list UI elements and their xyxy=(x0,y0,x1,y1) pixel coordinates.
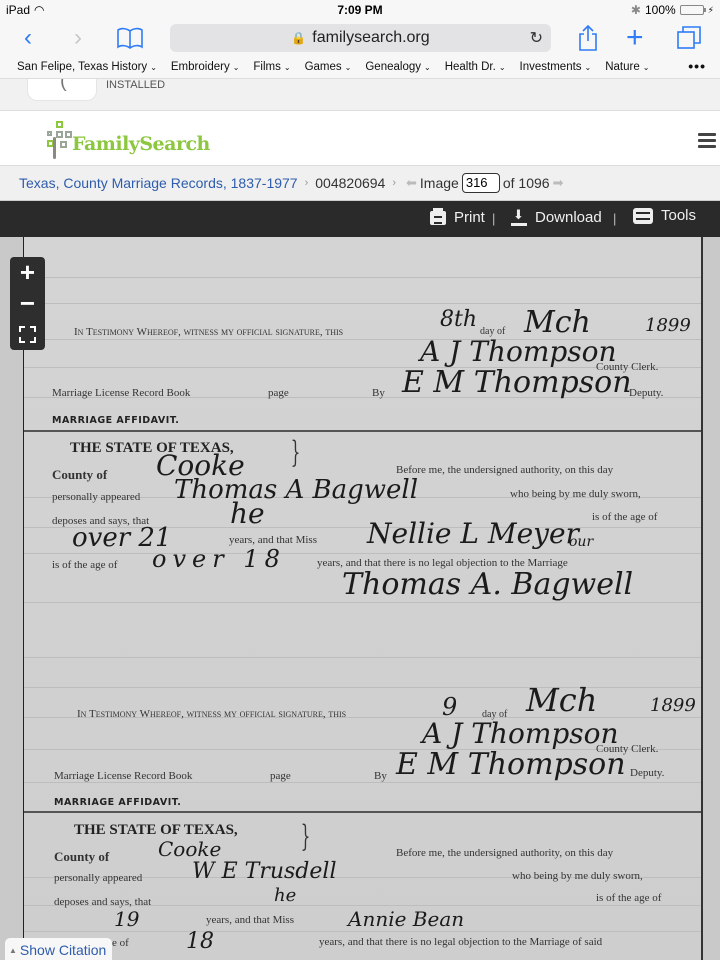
chevron-down-icon: ⌄ xyxy=(284,63,291,72)
fit-to-screen-icon[interactable] xyxy=(19,326,36,343)
handwritten-month: Mch xyxy=(526,681,597,719)
tabs-button[interactable] xyxy=(677,24,701,52)
bookmark-folder[interactable]: Games⌄ xyxy=(305,61,352,73)
handwritten-day: 8th xyxy=(440,307,477,332)
bookmark-folder[interactable]: Nature⌄ xyxy=(605,61,649,73)
groom-name: W E Trusdell xyxy=(192,859,336,884)
bluetooth-icon: ✱ xyxy=(631,3,641,17)
menu-button[interactable] xyxy=(698,133,716,151)
status-bar: iPad ◠ 7:09 PM ✱ 100% ⚡ xyxy=(0,0,720,20)
share-icon xyxy=(578,25,598,51)
clerk-signature: A J Thompson xyxy=(420,335,617,368)
chevron-down-icon: ⌄ xyxy=(150,63,157,72)
bookmarks-bar: San Felipe, Texas History⌄ Embroidery⌄ F… xyxy=(0,56,720,78)
battery-icon xyxy=(680,5,704,15)
book-icon xyxy=(117,27,143,49)
bookmark-folder[interactable]: Embroidery⌄ xyxy=(171,61,240,73)
zoom-in-button[interactable]: + xyxy=(10,257,45,288)
reload-icon[interactable]: ↻ xyxy=(530,28,543,48)
forward-button[interactable]: › xyxy=(74,24,82,52)
chevron-down-icon: ⌄ xyxy=(643,63,650,72)
bookmark-folder[interactable]: Investments⌄ xyxy=(520,61,592,73)
app-install-banner: INSTALLED xyxy=(0,78,720,111)
bookmark-folder[interactable]: Genealogy⌄ xyxy=(365,61,430,73)
lock-icon: 🔒 xyxy=(291,31,306,45)
pronoun: he xyxy=(274,885,296,906)
download-button[interactable]: Download xyxy=(511,209,602,226)
breadcrumb-separator-icon: › xyxy=(305,177,309,189)
app-icon[interactable] xyxy=(27,78,97,101)
more-bookmarks-button[interactable]: ••• xyxy=(688,58,706,74)
image-number-input[interactable]: 316 xyxy=(462,173,500,193)
inserted-word: our xyxy=(569,534,593,550)
breadcrumb-separator-icon: › xyxy=(392,177,396,189)
bookmark-folder[interactable]: San Felipe, Texas History⌄ xyxy=(17,61,157,73)
chevron-down-icon: ⌄ xyxy=(233,63,240,72)
image-viewer[interactable]: In Testimony Whereof, witness my officia… xyxy=(0,237,720,960)
year: 1899 xyxy=(645,315,691,336)
zoom-controls: + − xyxy=(10,257,45,350)
groom-signature: Thomas A. Bagwell xyxy=(342,567,633,602)
next-image-arrow-icon[interactable]: ➡ xyxy=(553,175,564,191)
tools-button[interactable]: Tools xyxy=(633,207,696,224)
chevron-down-icon: ⌄ xyxy=(345,63,352,72)
printer-icon xyxy=(430,211,446,225)
county-name: Cooke xyxy=(158,837,221,861)
download-icon xyxy=(511,210,527,226)
chevron-down-icon: ⌄ xyxy=(499,63,506,72)
deputy-signature: E M Thompson xyxy=(396,747,626,782)
share-button[interactable] xyxy=(578,24,598,52)
breadcrumb: Texas, County Marriage Records, 1837-197… xyxy=(0,166,720,201)
previous-image-arrow-icon[interactable]: ⬅ xyxy=(406,175,417,191)
familysearch-logo[interactable]: FamilySearch xyxy=(46,121,210,159)
back-button[interactable]: ‹ xyxy=(24,24,32,52)
record-image: In Testimony Whereof, witness my officia… xyxy=(23,237,703,960)
print-button[interactable]: Print xyxy=(430,209,485,226)
bookmarks-button[interactable] xyxy=(117,24,143,52)
bookmark-folder[interactable]: Films⌄ xyxy=(253,61,290,73)
section-title: MARRIAGE AFFIDAVIT. xyxy=(54,797,181,808)
image-label: Image xyxy=(420,175,459,191)
triangle-up-icon: ▲ xyxy=(9,946,17,955)
battery-percent: 100% xyxy=(645,3,676,17)
tabs-icon xyxy=(677,26,701,50)
viewer-toolbar: Print | Download | Tools xyxy=(0,201,720,237)
film-number: 004820694 xyxy=(315,175,385,191)
bookmark-folder[interactable]: Health Dr.⌄ xyxy=(445,61,506,73)
testimony-text: In Testimony Whereof, witness my officia… xyxy=(74,326,343,338)
clock: 7:09 PM xyxy=(0,3,720,17)
tree-logo-icon xyxy=(46,121,72,159)
new-tab-button[interactable]: + xyxy=(626,24,644,52)
site-header: FamilySearch xyxy=(0,111,720,166)
image-total: of 1096 xyxy=(503,175,550,191)
logo-wordmark: FamilySearch xyxy=(72,133,210,155)
address-bar[interactable]: 🔒 familysearch.org ↻ xyxy=(170,24,551,52)
browser-toolbar: ‹ › 🔒 familysearch.org ↻ + xyxy=(0,20,720,56)
pronoun: he xyxy=(230,497,265,530)
testimony-text: In Testimony Whereof, witness my officia… xyxy=(77,708,346,720)
year: 1899 xyxy=(650,695,696,716)
deputy-signature: E M Thompson xyxy=(402,365,632,400)
bride-age: over 18 xyxy=(152,545,286,573)
chevron-down-icon: ⌄ xyxy=(585,63,592,72)
section-title: MARRIAGE AFFIDAVIT. xyxy=(52,415,179,426)
bride-age: 18 xyxy=(186,929,214,954)
show-citation-button[interactable]: ▲ Show Citation xyxy=(5,938,112,960)
sliders-icon xyxy=(633,208,653,224)
groom-age: 19 xyxy=(114,907,139,931)
bride-name: Annie Bean xyxy=(348,907,464,931)
collection-link[interactable]: Texas, County Marriage Records, 1837-197… xyxy=(19,175,298,191)
clerk-signature: A J Thompson xyxy=(422,717,619,750)
bride-name: Nellie L Meyer xyxy=(367,517,579,550)
charging-icon: ⚡ xyxy=(708,5,714,16)
url-text: familysearch.org xyxy=(312,29,429,47)
chevron-down-icon: ⌄ xyxy=(424,63,431,72)
groom-name: Thomas A Bagwell xyxy=(174,475,418,505)
banner-text: INSTALLED xyxy=(106,79,165,91)
zoom-out-button[interactable]: − xyxy=(10,288,45,319)
